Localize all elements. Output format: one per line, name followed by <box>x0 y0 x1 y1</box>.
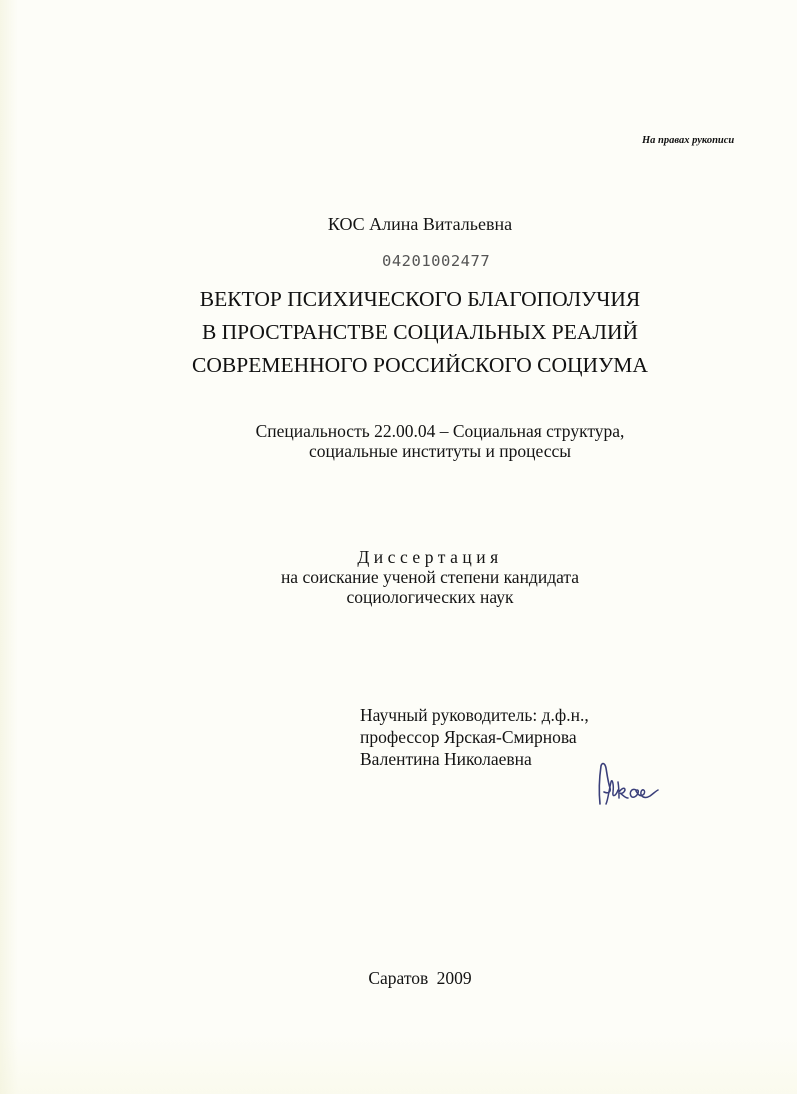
work-type: Диссертация <box>0 547 797 568</box>
degree-line: социологических наук <box>0 587 797 607</box>
signature-icon <box>592 760 662 810</box>
dissertation-title-page: На правах рукописи КОС Алина Витальевна … <box>0 0 797 1094</box>
degree-line: на соискание ученой степени кандидата <box>0 567 797 587</box>
advisor-line: профессор Ярская-Смирнова <box>360 726 589 748</box>
city-year: Саратов 2009 <box>0 968 797 989</box>
scientific-advisor: Научный руководитель: д.ф.н., профессор … <box>360 704 589 770</box>
specialty-line: социальные институты и процессы <box>0 441 797 461</box>
specialty: Специальность 22.00.04 – Социальная стру… <box>0 421 797 461</box>
title-line: В ПРОСТРАНСТВЕ СОЦИАЛЬНЫХ РЕАЛИЙ <box>0 316 797 349</box>
title-line: ВЕКТОР ПСИХИЧЕСКОГО БЛАГОПОЛУЧИЯ <box>0 283 797 316</box>
stamp-number: 04201002477 <box>382 252 490 270</box>
advisor-line: Валентина Николаевна <box>360 748 589 770</box>
specialty-line: Специальность 22.00.04 – Социальная стру… <box>0 421 797 441</box>
degree: на соискание ученой степени кандидата со… <box>0 567 797 607</box>
dissertation-title: ВЕКТОР ПСИХИЧЕСКОГО БЛАГОПОЛУЧИЯ В ПРОСТ… <box>0 283 797 382</box>
rights-note: На правах рукописи <box>642 135 734 146</box>
title-line: СОВРЕМЕННОГО РОССИЙСКОГО СОЦИУМА <box>0 349 797 382</box>
author-name: КОС Алина Витальевна <box>0 214 797 235</box>
advisor-line: Научный руководитель: д.ф.н., <box>360 704 589 726</box>
